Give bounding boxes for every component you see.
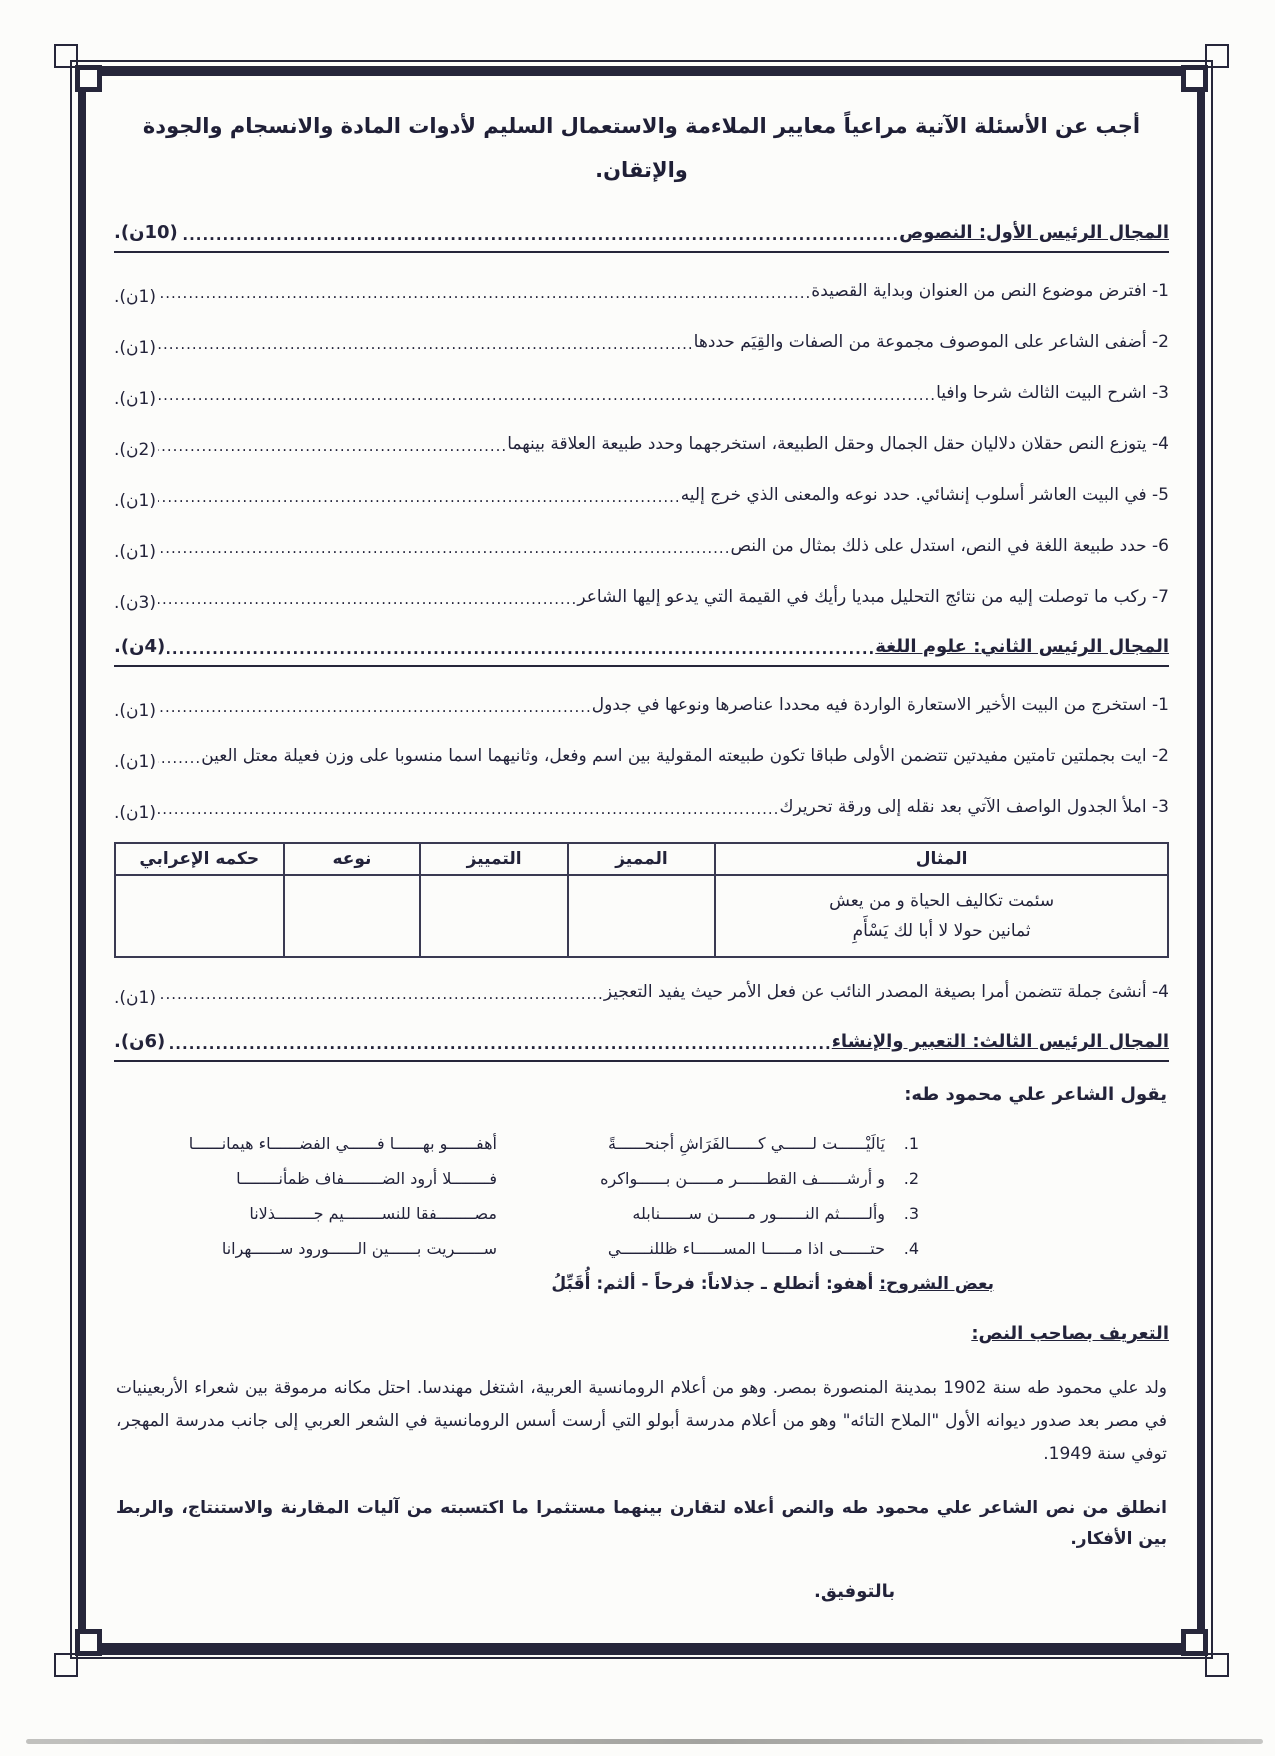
question-score: (1ن). bbox=[114, 752, 158, 772]
table-header-mumayyaz: المميز bbox=[568, 843, 715, 875]
decorative-frame: أجب عن الأسئلة الآتية مراعياً معايير الم… bbox=[78, 66, 1205, 1655]
glossary-label: بعض الشروح: bbox=[879, 1274, 994, 1294]
poem: 1. يَالَيْــــــت لــــــي كــــــالفَرَ… bbox=[149, 1129, 919, 1264]
table-header-row: المثال المميز التمييز نوعه حكمه الإعرابي bbox=[115, 843, 1168, 875]
verse-number: 3. bbox=[885, 1199, 919, 1229]
dotted-leader: ........................................… bbox=[158, 279, 811, 307]
verse-first-hemistich: يَالَيْــــــت لــــــي كــــــالفَرَاشِ… bbox=[497, 1129, 885, 1159]
dotted-leader: ........................................… bbox=[167, 1031, 832, 1057]
poem-verse: 4. حتــــــى اذا مــــــا المســــــاء ظ… bbox=[149, 1234, 919, 1264]
exam-instructions: أجب عن الأسئلة الآتية مراعياً معايير الم… bbox=[124, 104, 1159, 192]
question-row: 1- افترض موضوع النص من العنوان وبداية ال… bbox=[114, 275, 1169, 307]
frame-corner-ornament bbox=[1181, 42, 1231, 92]
question-text: 2- أضفى الشاعر على الموصوف مجموعة من الص… bbox=[694, 326, 1169, 358]
question-row: 2- أضفى الشاعر على الموصوف مجموعة من الص… bbox=[114, 326, 1169, 358]
example-verse-line1: سئمت تكاليف الحياة و من يعش bbox=[726, 886, 1157, 916]
frame-corner-ornament bbox=[1181, 1629, 1231, 1679]
dotted-leader: ........................................… bbox=[158, 330, 694, 358]
dotted-leader: ........................................… bbox=[158, 483, 681, 511]
dotted-leader: ........................................… bbox=[158, 534, 730, 562]
poem-verse: 2. و أرشــــــف القطــــــر مــــــن بــ… bbox=[149, 1164, 919, 1194]
grammar-table: المثال المميز التمييز نوعه حكمه الإعرابي… bbox=[114, 842, 1169, 958]
question-score: (1ن). bbox=[114, 803, 158, 823]
table-example-cell: سئمت تكاليف الحياة و من يعش ثمانين حولا … bbox=[715, 875, 1168, 957]
exam-content: أجب عن الأسئلة الآتية مراعياً معايير الم… bbox=[86, 76, 1197, 1643]
question-text: 7- ركب ما توصلت إليه من نتائج التحليل مب… bbox=[577, 581, 1169, 613]
table-header-tamyiz: التمييز bbox=[420, 843, 567, 875]
scanned-exam-page: أجب عن الأسئلة الآتية مراعياً معايير الم… bbox=[0, 0, 1275, 1756]
question-score: (1ن). bbox=[114, 491, 158, 511]
dotted-leader: ........................................… bbox=[158, 744, 201, 772]
scan-shadow-edge bbox=[26, 1739, 1263, 1744]
table-header-irab: حكمه الإعرابي bbox=[115, 843, 284, 875]
question-row: 2- ايت بجملتين تامتين مفيدتين تتضمن الأو… bbox=[114, 740, 1169, 772]
section1-score: (10ن). bbox=[114, 218, 180, 248]
question-score: (3ن). bbox=[114, 593, 158, 613]
table-empty-cell bbox=[284, 875, 421, 957]
closing-wish: بالتوفيق. bbox=[114, 1581, 1169, 1602]
dotted-leader: ........................................… bbox=[167, 636, 875, 662]
dotted-leader: ........................................… bbox=[158, 693, 592, 721]
dotted-leader: ........................................… bbox=[158, 795, 779, 823]
question-row: 4- أنشئ جملة تتضمن أمرا بصيغة المصدر الن… bbox=[114, 976, 1169, 1008]
question-text: 5- في البيت العاشر أسلوب إنشائي. حدد نوع… bbox=[681, 479, 1169, 511]
verse-first-hemistich: و أرشــــــف القطــــــر مــــــن بـــــ… bbox=[497, 1164, 885, 1194]
author-bio-title: التعريف بصاحب النص: bbox=[114, 1323, 1169, 1344]
example-verse-line2: ثمانين حولا لا أبا لك يَسْأَمِ bbox=[726, 916, 1157, 946]
dotted-leader: ........................................… bbox=[158, 381, 936, 409]
verse-second-hemistich: مصــــــــفقا للنســــــــيم جــــــــذل… bbox=[149, 1199, 497, 1229]
verse-number: 4. bbox=[885, 1234, 919, 1264]
question-text: 3- املأ الجدول الواصف الآتي بعد نقله إلى… bbox=[779, 791, 1169, 823]
verse-first-hemistich: وألــــــثم النــــــور مــــــن ســــــ… bbox=[497, 1199, 885, 1229]
verse-first-hemistich: حتــــــى اذا مــــــا المســــــاء ظللن… bbox=[497, 1234, 885, 1264]
frame-corner-ornament bbox=[52, 42, 102, 92]
verse-number: 2. bbox=[885, 1164, 919, 1194]
dotted-leader: ........................................… bbox=[158, 585, 577, 613]
author-bio-text: ولد علي محمود طه سنة 1902 بمدينة المنصور… bbox=[116, 1372, 1167, 1471]
question-text: 1- استخرج من البيت الأخير الاستعارة الوا… bbox=[592, 689, 1169, 721]
section1-heading: المجال الرئيس الأول: النصوص ............… bbox=[114, 218, 1169, 253]
question-row: 1- استخرج من البيت الأخير الاستعارة الوا… bbox=[114, 689, 1169, 721]
question-score: (1ن). bbox=[114, 389, 158, 409]
poem-verse: 1. يَالَيْــــــت لــــــي كــــــالفَرَ… bbox=[149, 1129, 919, 1159]
question-text: 2- ايت بجملتين تامتين مفيدتين تتضمن الأو… bbox=[201, 740, 1169, 772]
section3-heading: المجال الرئيس الثالث: التعبير والإنشاء .… bbox=[114, 1027, 1169, 1062]
question-row: 6- حدد طبيعة اللغة في النص، استدل على ذل… bbox=[114, 530, 1169, 562]
frame-corner-ornament bbox=[52, 1629, 102, 1679]
glossary-line: بعض الشروح: أهفو: أتطلع ـ جذلاناً: فرحاً… bbox=[114, 1269, 994, 1299]
verse-number: 1. bbox=[885, 1129, 919, 1159]
dotted-leader: ........................................… bbox=[180, 222, 899, 248]
section2-title: المجال الرئيس الثاني: علوم اللغة bbox=[875, 632, 1169, 662]
question-row: 3- اشرح البيت الثالث شرحا وافيا ........… bbox=[114, 377, 1169, 409]
question-score: (1ن). bbox=[114, 701, 158, 721]
question-text: 3- اشرح البيت الثالث شرحا وافيا bbox=[936, 377, 1169, 409]
question-score: (1ن). bbox=[114, 287, 158, 307]
writing-task: انطلق من نص الشاعر علي محمود طه والنص أع… bbox=[116, 1493, 1167, 1555]
section2-score: (4ن). bbox=[114, 632, 167, 662]
question-score: (1ن). bbox=[114, 542, 158, 562]
table-empty-cell bbox=[568, 875, 715, 957]
question-text: 4- يتوزع النص حقلان دلاليان حقل الجمال و… bbox=[507, 428, 1169, 460]
question-row: 4- يتوزع النص حقلان دلاليان حقل الجمال و… bbox=[114, 428, 1169, 460]
dotted-leader: ........................................… bbox=[158, 980, 604, 1008]
question-row: 3- املأ الجدول الواصف الآتي بعد نقله إلى… bbox=[114, 791, 1169, 823]
table-header-example: المثال bbox=[715, 843, 1168, 875]
section3-title: المجال الرئيس الثالث: التعبير والإنشاء bbox=[832, 1027, 1169, 1057]
table-empty-cell bbox=[115, 875, 284, 957]
dotted-leader: ........................................… bbox=[158, 432, 507, 460]
section2-heading: المجال الرئيس الثاني: علوم اللغة .......… bbox=[114, 632, 1169, 667]
question-row: 7- ركب ما توصلت إليه من نتائج التحليل مب… bbox=[114, 581, 1169, 613]
verse-second-hemistich: ســــــريت بــــــين الــــــورود ســـــ… bbox=[149, 1234, 497, 1264]
question-score: (2ن). bbox=[114, 440, 158, 460]
table-empty-cell bbox=[420, 875, 567, 957]
question-score: (1ن). bbox=[114, 338, 158, 358]
question-text: 1- افترض موضوع النص من العنوان وبداية ال… bbox=[811, 275, 1169, 307]
question-text: 4- أنشئ جملة تتضمن أمرا بصيغة المصدر الن… bbox=[604, 976, 1169, 1008]
question-row: 5- في البيت العاشر أسلوب إنشائي. حدد نوع… bbox=[114, 479, 1169, 511]
verse-second-hemistich: أهفــــــو بهــــــا فــــــي الفضــــــ… bbox=[149, 1129, 497, 1159]
verse-second-hemistich: فــــــــلا أرود الضــــــــفاف ظمأنــــ… bbox=[149, 1164, 497, 1194]
section3-score: (6ن). bbox=[114, 1027, 167, 1057]
question-text: 6- حدد طبيعة اللغة في النص، استدل على ذل… bbox=[730, 530, 1169, 562]
table-row: سئمت تكاليف الحياة و من يعش ثمانين حولا … bbox=[115, 875, 1168, 957]
section1-title: المجال الرئيس الأول: النصوص bbox=[899, 218, 1169, 248]
question-score: (1ن). bbox=[114, 988, 158, 1008]
glossary-text: أهفو: أتطلع ـ جذلاناً: فرحاً - ألثم: أُق… bbox=[551, 1274, 873, 1294]
poem-intro: يقول الشاعر علي محمود طه: bbox=[114, 1084, 1167, 1105]
table-header-type: نوعه bbox=[284, 843, 421, 875]
poem-verse: 3. وألــــــثم النــــــور مــــــن ســـ… bbox=[149, 1199, 919, 1229]
